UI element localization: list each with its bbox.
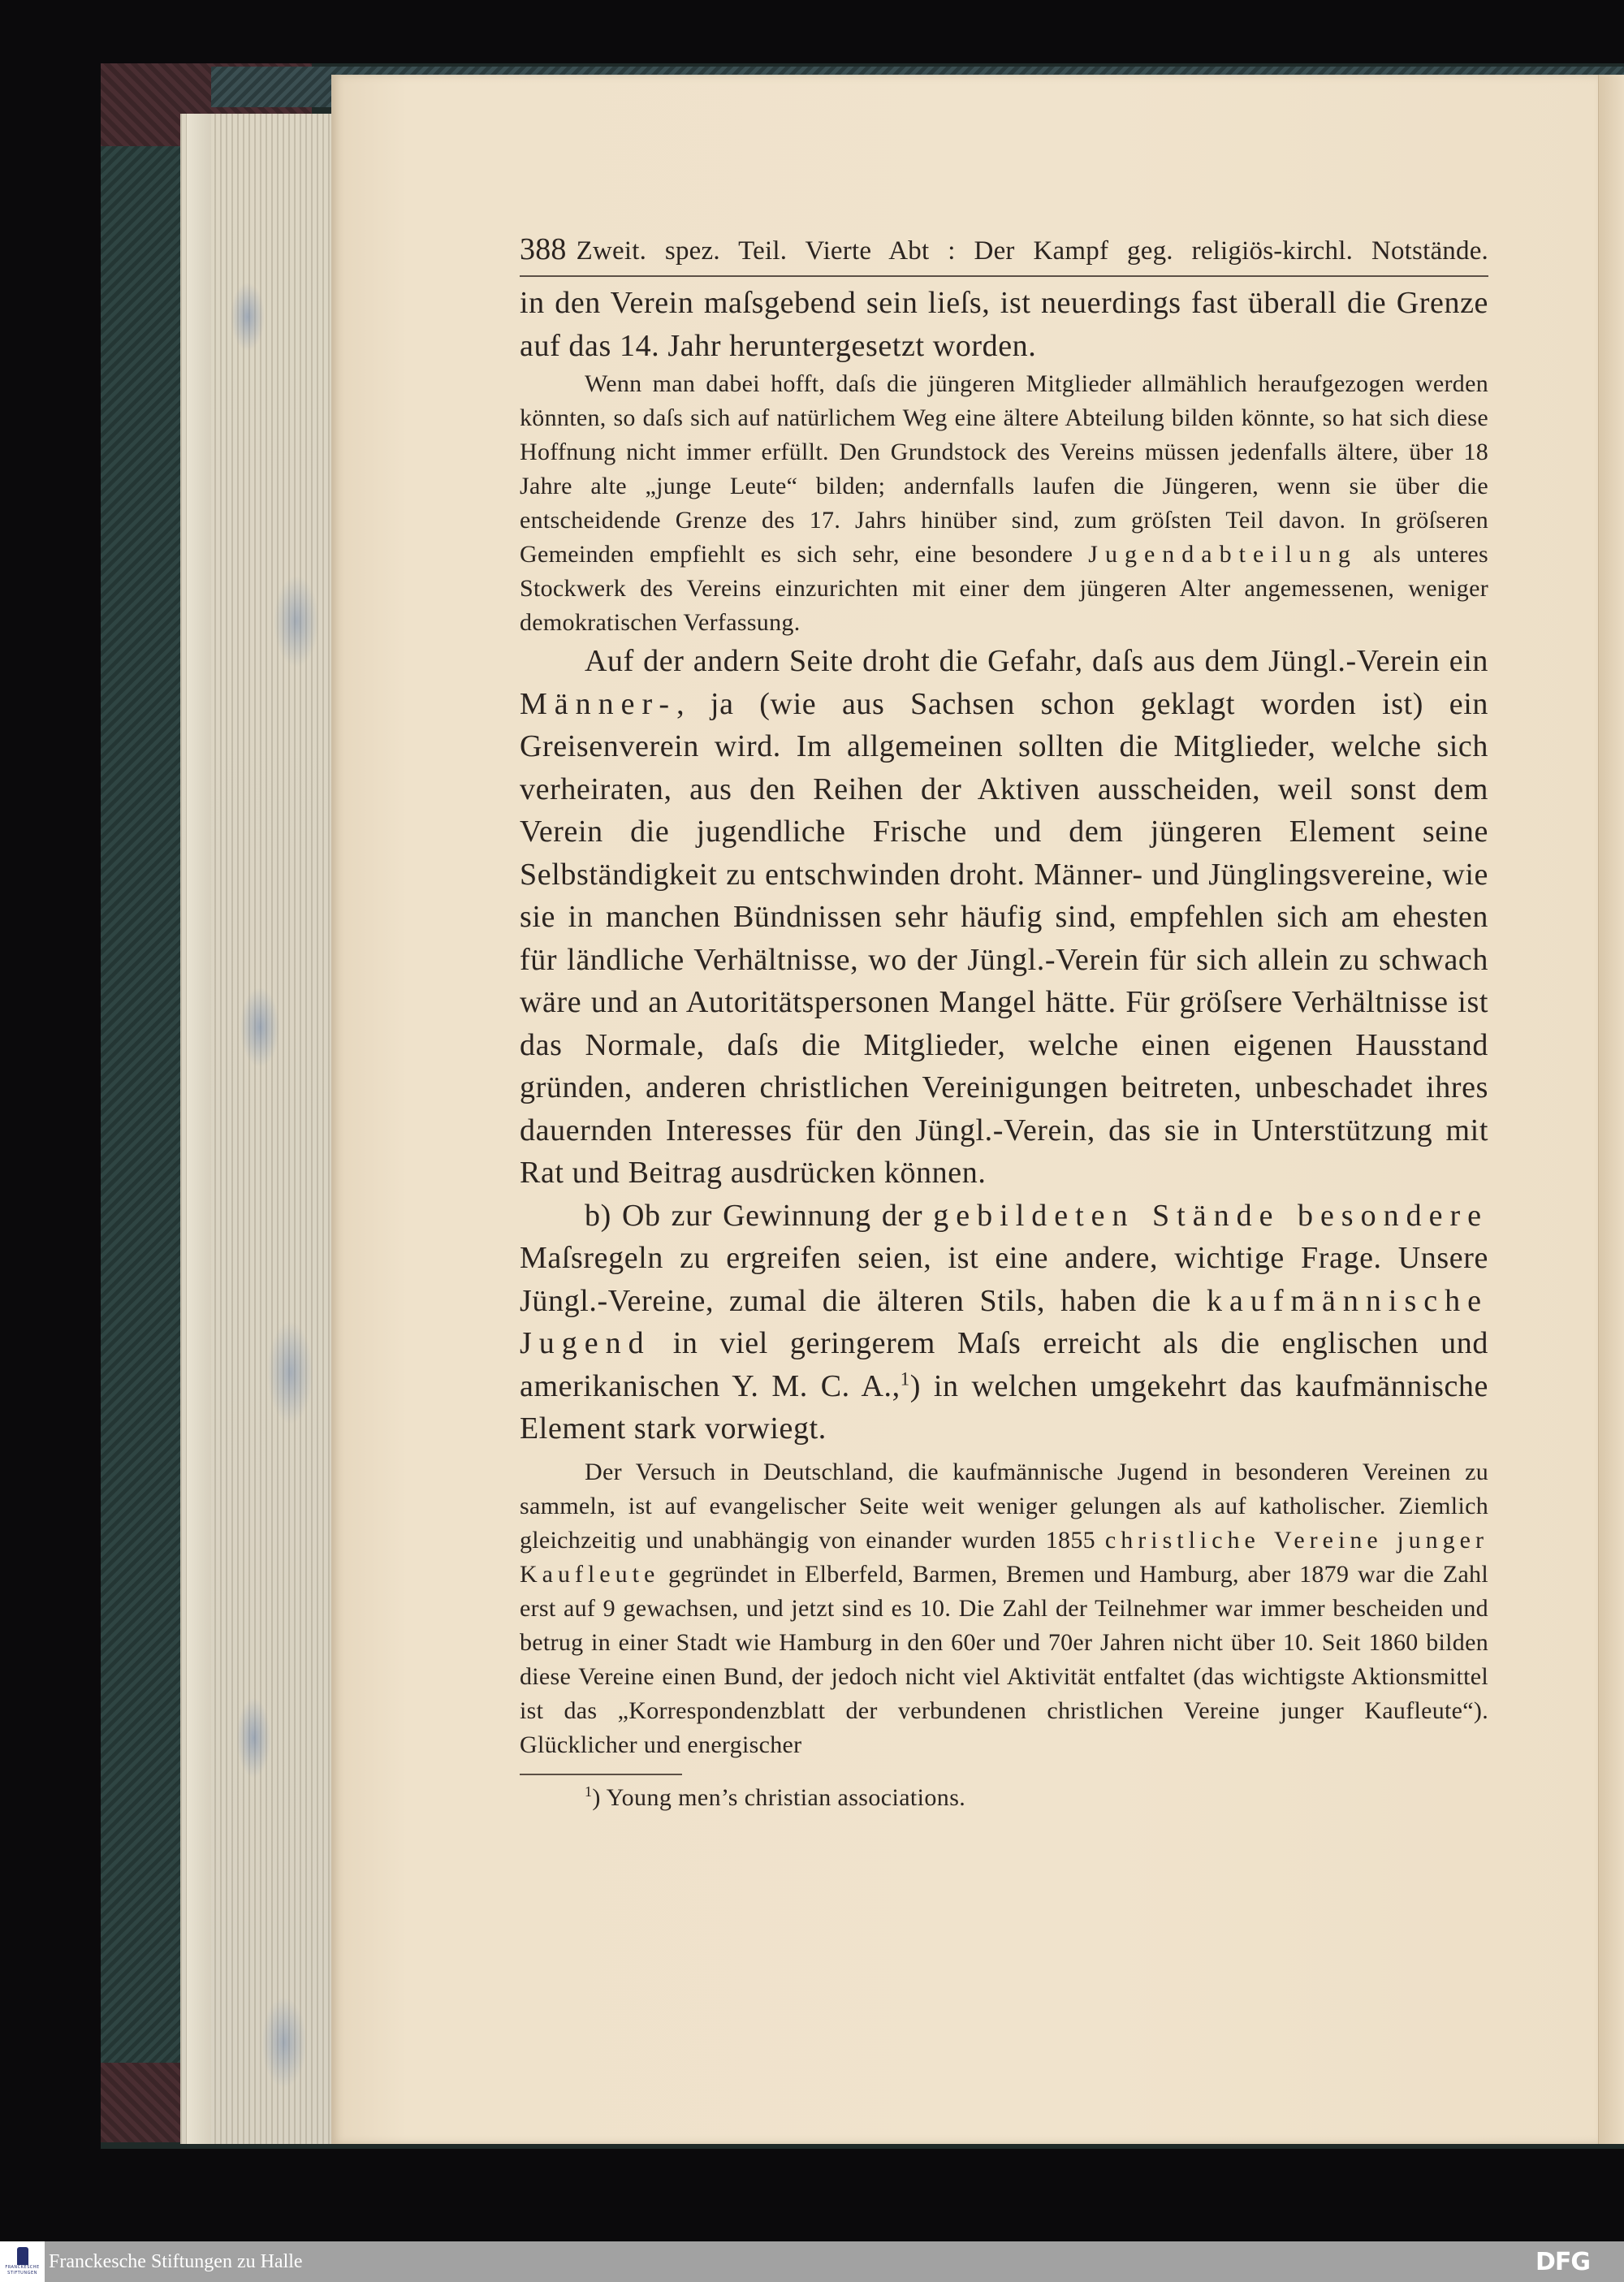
marbled-edge (211, 114, 333, 2144)
text-run: Auf der andern Seite droht die Gefahr, d… (585, 644, 1488, 678)
footnote-marker: 1 (585, 1783, 592, 1800)
emphasis-spaced: Männer- (520, 687, 676, 721)
emphasis-spaced: Jugendabteilung (1088, 541, 1358, 568)
running-title: Zweit. spez. Teil. Vierte Abt : Der Kamp… (577, 233, 1488, 269)
figure-icon (17, 2247, 28, 2265)
paragraph-2-small: Wenn man dabei hofft, daſs die jüngeren … (520, 367, 1488, 640)
footnote-text: ) Young men’s christian associations. (592, 1784, 965, 1811)
institution-name: Franckesche Stiftungen zu Halle (49, 2251, 303, 2273)
text-run: gegründet in Elberfeld, Barmen, Bremen u… (520, 1561, 1488, 1758)
paragraph-3: Auf der andern Seite droht die Gefahr, d… (520, 640, 1488, 1195)
page-number: 388 (520, 231, 567, 267)
paragraph-4: b) Ob zur Gewinnung der gebildeten Ständ… (520, 1195, 1488, 1450)
text-run: Wenn man dabei hofft, daſs die jüngeren … (520, 370, 1488, 568)
next-page-edge (1598, 75, 1624, 2144)
emphasis-spaced: gebildeten Stände besondere (933, 1199, 1488, 1233)
footnote-ref[interactable]: 1 (901, 1368, 910, 1389)
paragraph-5-small: Der Versuch in Deutschland, die kaufmänn… (520, 1455, 1488, 1762)
dfg-logo[interactable]: DFG (1535, 2248, 1590, 2276)
text-run: , ja (wie aus Sachsen schon geklagt word… (520, 687, 1488, 1191)
page-text: 388 Zweit. spez. Teil. Vierte Abt : Der … (520, 231, 1488, 1814)
logo-text: STIFTUNGEN (7, 2271, 37, 2276)
footnote-divider (520, 1774, 682, 1775)
footnote: 1) Young men’s christian associations. (520, 1782, 1488, 1814)
institution-logo[interactable]: FRANCKESCHE STIFTUNGEN (0, 2241, 45, 2282)
cloth-binding (101, 146, 182, 2063)
logo-text: FRANCKESCHE (5, 2265, 39, 2271)
text-run: b) Ob zur Gewinnung der (585, 1199, 922, 1233)
running-head: 388 Zweit. spez. Teil. Vierte Abt : Der … (520, 231, 1488, 277)
paragraph-1: in den Verein maſsgebend sein lieſs, ist… (520, 282, 1488, 367)
page-edge-strip (187, 114, 211, 2144)
